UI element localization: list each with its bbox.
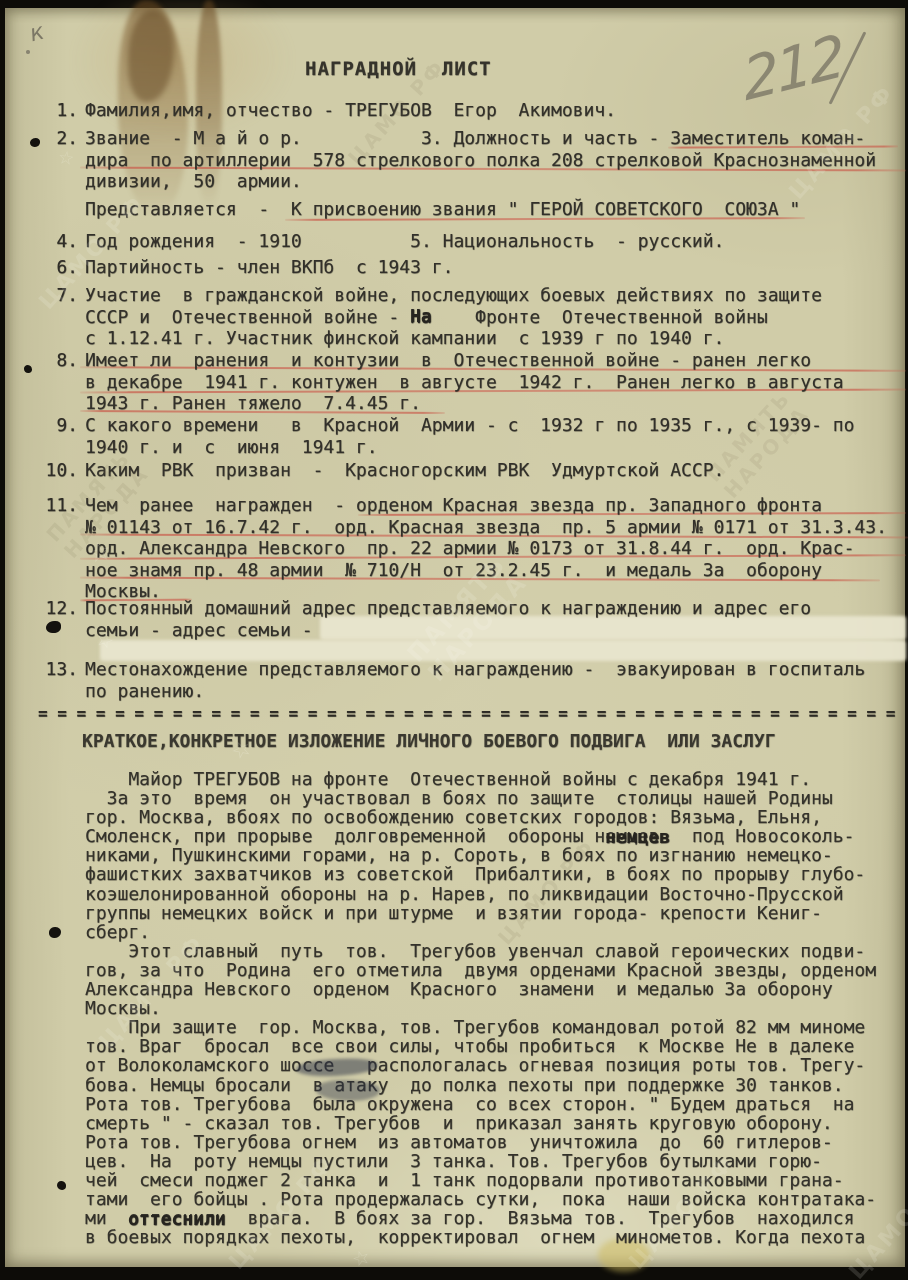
body-line: цев. На роту немцы пустили 3 танка. Тов.… <box>85 1152 905 1171</box>
field-number: 12. <box>36 598 78 620</box>
field-line: Звание - М а й о р. 3. Должность и часть… <box>85 128 905 150</box>
field-line: Партийность - член ВКПб с 1943 г. <box>85 257 905 279</box>
body-line: смерть " - сказал тов. Трегубов и приказ… <box>85 1114 905 1133</box>
field-party: Партийность - член ВКПб с 1943 г. <box>85 257 905 279</box>
ink-blot <box>46 621 61 633</box>
field-line: Имеет ли ранения и контузии в Отечествен… <box>85 350 905 372</box>
field-current-location: Местонахождение представляемого к награж… <box>85 659 905 702</box>
body-line: Александра Невского орденом Красного зна… <box>85 980 905 999</box>
body-line: гор. Москва, вбоях по освобождению совет… <box>85 808 905 827</box>
body-line: тами его бойцы . Рота продержалась сутки… <box>85 1190 905 1209</box>
field-war-participation: Участие в гражданской войне, последующих… <box>85 285 905 350</box>
ink-blot <box>57 1181 66 1190</box>
ink-blot <box>24 365 32 373</box>
field-birth-nationality: Год рождения - 1910 5. Национальность - … <box>85 231 905 253</box>
field-line: дира по артиллерии 578 стрелкового полка… <box>85 150 905 172</box>
body-line: Рота тов. Трегубова была окружена со все… <box>85 1095 905 1114</box>
dashed-separator: = = = = = = = = = = = = = = = = = = = = … <box>38 704 895 723</box>
star-watermark-icon: ☆ <box>57 147 76 170</box>
field-number: 8. <box>36 350 78 372</box>
field-line: по ранению. <box>85 681 905 703</box>
body-line: группы немецких войск и при штурме и взя… <box>85 904 905 923</box>
ink-blot <box>30 138 40 147</box>
citation-text: Майор ТРЕГУБОВ на фронте Отечественной в… <box>85 770 905 1247</box>
body-line: При защите гор. Москва, тов. Трегубов ко… <box>85 1018 905 1037</box>
field-line: Местонахождение представляемого к награж… <box>85 659 905 681</box>
field-line: Участие в гражданской войне, последующих… <box>85 285 905 307</box>
body-line: Смоленск, при прорыве долговременной обо… <box>85 827 905 846</box>
body-line: тов. Враг бросал все свои силы, чтобы пр… <box>85 1037 905 1056</box>
body-line: в боевых порядках пехоты, корректировал … <box>85 1228 905 1247</box>
field-line: № 01143 от 16.7.42 г. орд. Красная звезд… <box>85 517 905 539</box>
field-line: Представляется - К присвоению звания " Г… <box>85 199 905 221</box>
field-line: Чем ранее награжден - орденом Красная зв… <box>85 495 905 517</box>
body-line: от Волоколамского шоссе распологалась ог… <box>85 1056 905 1075</box>
body-line: бова. Немцы бросали в атаку до полка пех… <box>85 1076 905 1095</box>
field-number: 2. <box>36 128 78 150</box>
body-line: никами, Пушкинскими горами, на р. Сороть… <box>85 846 905 865</box>
body-line: Рота тов. Трегубова огнем из автоматов у… <box>85 1133 905 1152</box>
field-number: 13. <box>36 659 78 681</box>
field-line: Каким РВК призван - Красногорским РВК Уд… <box>85 460 905 482</box>
body-line: чей смеси поджег 2 танка и 1 танк подорв… <box>85 1171 905 1190</box>
field-number: 1. <box>36 100 78 122</box>
overstrike-word: На <box>410 306 432 327</box>
field-line: Год рождения - 1910 5. Национальность - … <box>85 231 905 253</box>
scanned-award-document: НАГРАДНОЙ ЛИСТ 1. Фамилия,имя, отчество … <box>0 0 908 1280</box>
field-line: с 1.12.41 г. Участник финской кампании с… <box>85 328 905 350</box>
field-nominated-for: Представляется - К присвоению звания " Г… <box>85 199 905 221</box>
overstrike-word: немцев <box>605 827 670 848</box>
overstrike-word: оттеснили <box>128 1209 226 1230</box>
field-line: СССР и Отечественной войне - На Фронте О… <box>85 307 905 329</box>
field-line: дивизии, 50 армии. <box>85 171 905 193</box>
field-number: 4. <box>36 231 78 253</box>
field-drafted-by: Каким РВК призван - Красногорским РВК Уд… <box>85 460 905 482</box>
body-line: коэшелонированной обороны на р. Нарев, п… <box>85 885 905 904</box>
body-line: За это время он участвовал в боях по защ… <box>85 789 905 808</box>
section-heading: КРАТКОЕ,КОНКРЕТНОЕ ИЗЛОЖЕНИЕ ЛИЧНОГО БОЕ… <box>82 731 776 752</box>
body-line: Москвы. <box>85 999 905 1018</box>
body-line: фашистких захватчиков из советской Приба… <box>85 865 905 884</box>
pencil-dot <box>26 50 30 54</box>
body-line: Майор ТРЕГУБОВ на фронте Отечественной в… <box>85 770 905 789</box>
field-number: 9. <box>36 415 78 437</box>
body-line: гов, за что Родина его отметила двумя ор… <box>85 961 905 980</box>
field-rank-position: Звание - М а й о р. 3. Должность и часть… <box>85 128 905 193</box>
field-number: 10. <box>36 460 78 482</box>
document-title: НАГРАДНОЙ ЛИСТ <box>305 58 492 80</box>
